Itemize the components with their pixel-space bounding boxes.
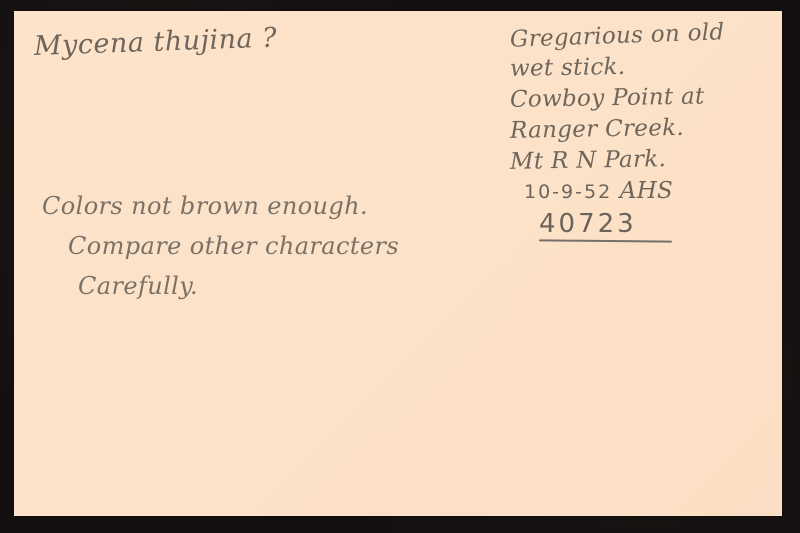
collector-initials: AHS xyxy=(620,178,673,204)
locality-line: Cowboy Point at xyxy=(510,81,725,116)
remarks: Colors not brown enough. Compare other c… xyxy=(42,186,399,306)
accession-underline xyxy=(539,239,672,242)
locality-line-2: Ranger Creek. xyxy=(510,112,725,147)
specimen-card: Mycena thujina ? Gregarious on old wet s… xyxy=(14,11,782,516)
collection-date: 10-9-52 xyxy=(524,181,612,203)
remark-line-3: Carefully. xyxy=(78,266,399,306)
species-name: Mycena thujina ? xyxy=(33,23,277,62)
remark-line-1: Colors not brown enough. xyxy=(42,186,399,226)
substrate-line: wet stick. xyxy=(510,50,725,85)
collection-notes: Gregarious on old wet stick. Cowboy Poin… xyxy=(510,21,725,208)
accession-number: 40723 xyxy=(539,209,637,239)
remark-line-2: Compare other characters xyxy=(68,226,399,266)
date-collector-line: 10-9-52 AHS xyxy=(510,176,725,208)
park-line: Mt R N Park. xyxy=(510,143,725,178)
